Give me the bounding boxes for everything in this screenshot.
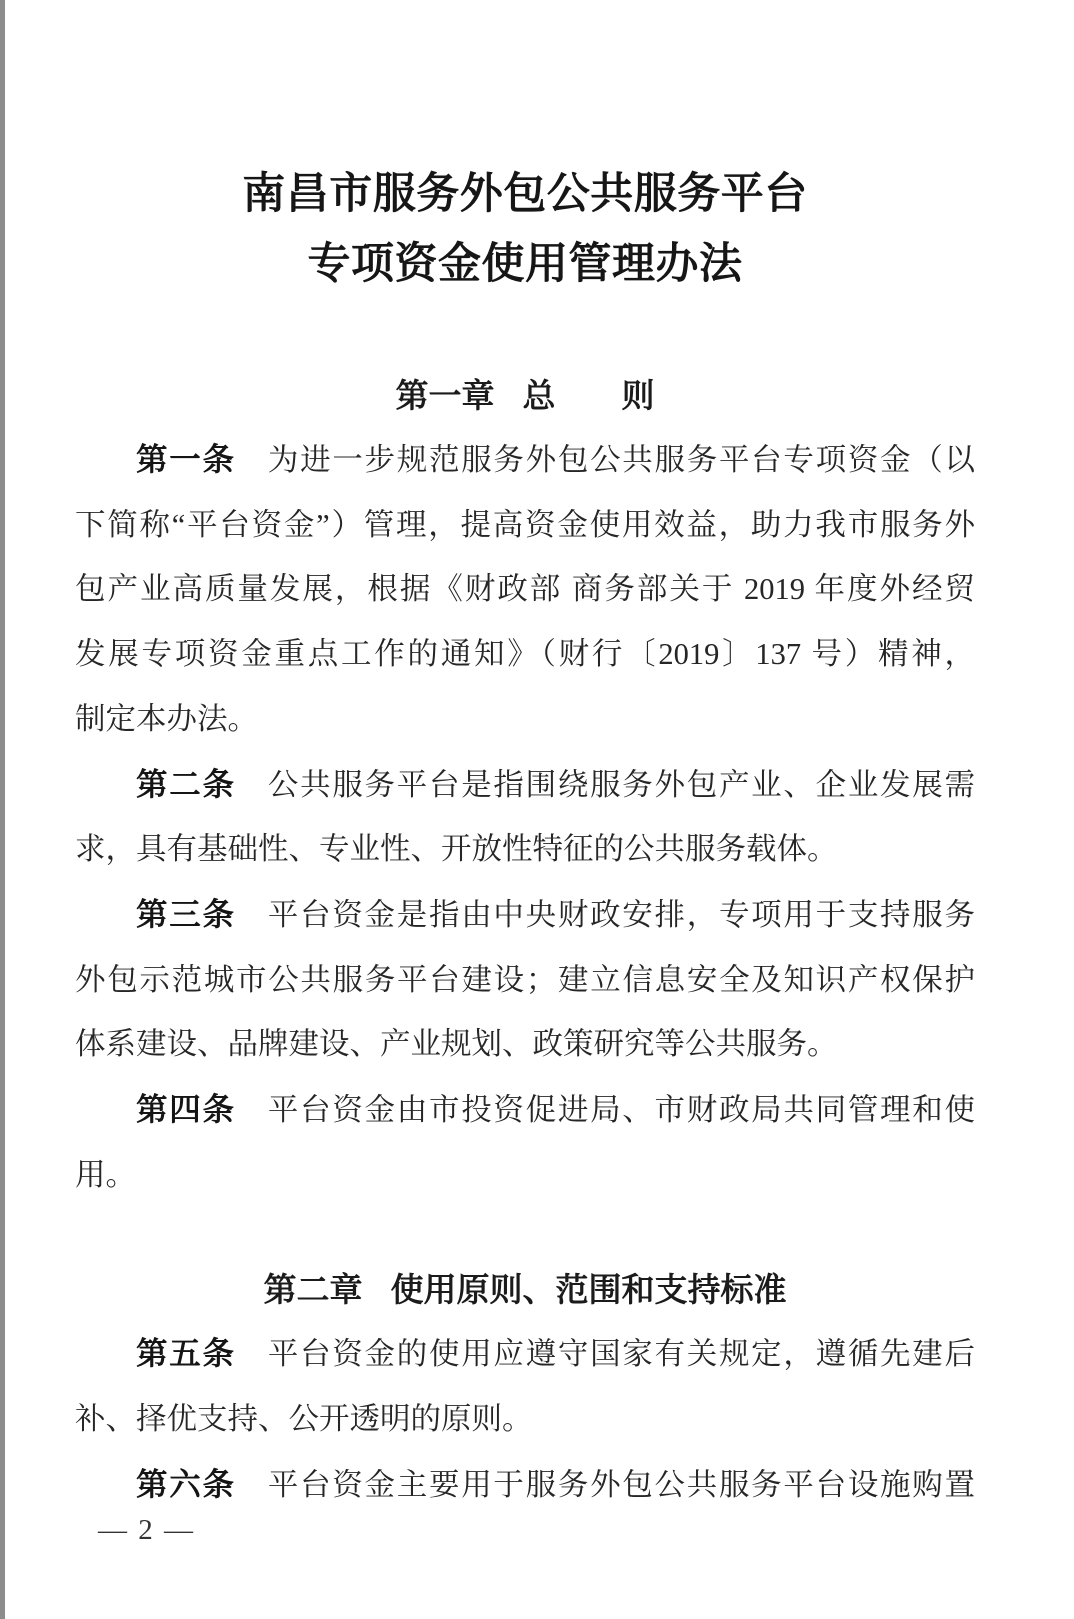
body-text: 补、择优支持、公开透明的原则。 [75, 1402, 533, 1436]
body-line: 第六条 平台资金主要用于服务外包公共服务平台设施购置 [75, 1452, 975, 1518]
body-line: 体系建设、品牌建设、产业规划、政策研究等公共服务。 [75, 1012, 975, 1077]
body-text: 体系建设、品牌建设、产业规划、政策研究等公共服务。 [75, 1027, 838, 1061]
body-text: 下简称“平台资金”）管理，提高资金使用效益，助力我市服务外 [75, 508, 975, 542]
page-number: — 2 — [98, 1510, 195, 1550]
body-line: 包产业高质量发展，根据《财政部 商务部关于 2019 年度外经贸 [75, 557, 975, 622]
document-title-line-2: 专项资金使用管理办法 [75, 230, 975, 300]
body-line: 求，具有基础性、专业性、开放性特征的公共服务载体。 [75, 817, 975, 882]
article-number: 第四条 [136, 1091, 236, 1127]
body-line: 补、择优支持、公开透明的原则。 [75, 1387, 975, 1452]
body-text: 平台资金由市投资促进局、市财政局共同管理和使 [236, 1093, 975, 1127]
body-line: 第一条 为进一步规范服务外包公共服务平台专项资金（以 [75, 427, 975, 493]
body-text: 制定本办法。 [75, 702, 258, 736]
body-text: 用。 [75, 1158, 136, 1192]
chapter-title: 总 则 [523, 377, 655, 414]
document-title-line-1: 南昌市服务外包公共服务平台 [75, 160, 975, 230]
chapter-label: 第一章 [396, 377, 495, 414]
article-number: 第三条 [136, 896, 236, 932]
body-line: 下简称“平台资金”）管理，提高资金使用效益，助力我市服务外 [75, 493, 975, 558]
document-body: 南昌市服务外包公共服务平台 专项资金使用管理办法 第一章总 则第一条 为进一步规… [75, 160, 975, 1518]
chapter-heading: 第一章总 则 [75, 365, 975, 427]
article-number: 第一条 [136, 441, 236, 477]
article-number: 第二条 [136, 766, 236, 802]
body-text: 平台资金主要用于服务外包公共服务平台设施购置 [236, 1468, 975, 1502]
body-text: 发展专项资金重点工作的通知》（财行〔2019〕137 号）精神， [75, 637, 975, 671]
body-line: 发展专项资金重点工作的通知》（财行〔2019〕137 号）精神， [75, 622, 975, 687]
document-page: 南昌市服务外包公共服务平台 专项资金使用管理办法 第一章总 则第一条 为进一步规… [0, 0, 1074, 1619]
body-text: 求，具有基础性、专业性、开放性特征的公共服务载体。 [75, 832, 838, 866]
body-text: 外包示范城市公共服务平台建设；建立信息安全及知识产权保护 [75, 963, 975, 997]
body-line: 第五条 平台资金的使用应遵守国家有关规定，遵循先建后 [75, 1321, 975, 1387]
chapter-label: 第二章 [264, 1271, 363, 1308]
body-text: 公共服务平台是指围绕服务外包产业、企业发展需 [236, 768, 975, 802]
body-line: 外包示范城市公共服务平台建设；建立信息安全及知识产权保护 [75, 948, 975, 1013]
body-line: 制定本办法。 [75, 687, 975, 752]
chapter-heading: 第二章使用原则、范围和支持标准 [75, 1259, 975, 1321]
body-line: 第三条 平台资金是指由中央财政安排，专项用于支持服务 [75, 882, 975, 948]
chapter-title: 使用原则、范围和支持标准 [391, 1271, 787, 1308]
body-text: 平台资金的使用应遵守国家有关规定，遵循先建后 [236, 1337, 975, 1371]
article-number: 第五条 [136, 1335, 236, 1371]
body-line: 第四条 平台资金由市投资促进局、市财政局共同管理和使 [75, 1077, 975, 1143]
article-number: 第六条 [136, 1466, 236, 1502]
body-text: 平台资金是指由中央财政安排，专项用于支持服务 [236, 898, 975, 932]
body-text: 为进一步规范服务外包公共服务平台专项资金（以 [236, 443, 975, 477]
body-text: 包产业高质量发展，根据《财政部 商务部关于 2019 年度外经贸 [75, 572, 975, 606]
scan-edge-artifact [0, 0, 5, 1619]
body-line: 用。 [75, 1143, 975, 1208]
body-line: 第二条 公共服务平台是指围绕服务外包产业、企业发展需 [75, 752, 975, 818]
